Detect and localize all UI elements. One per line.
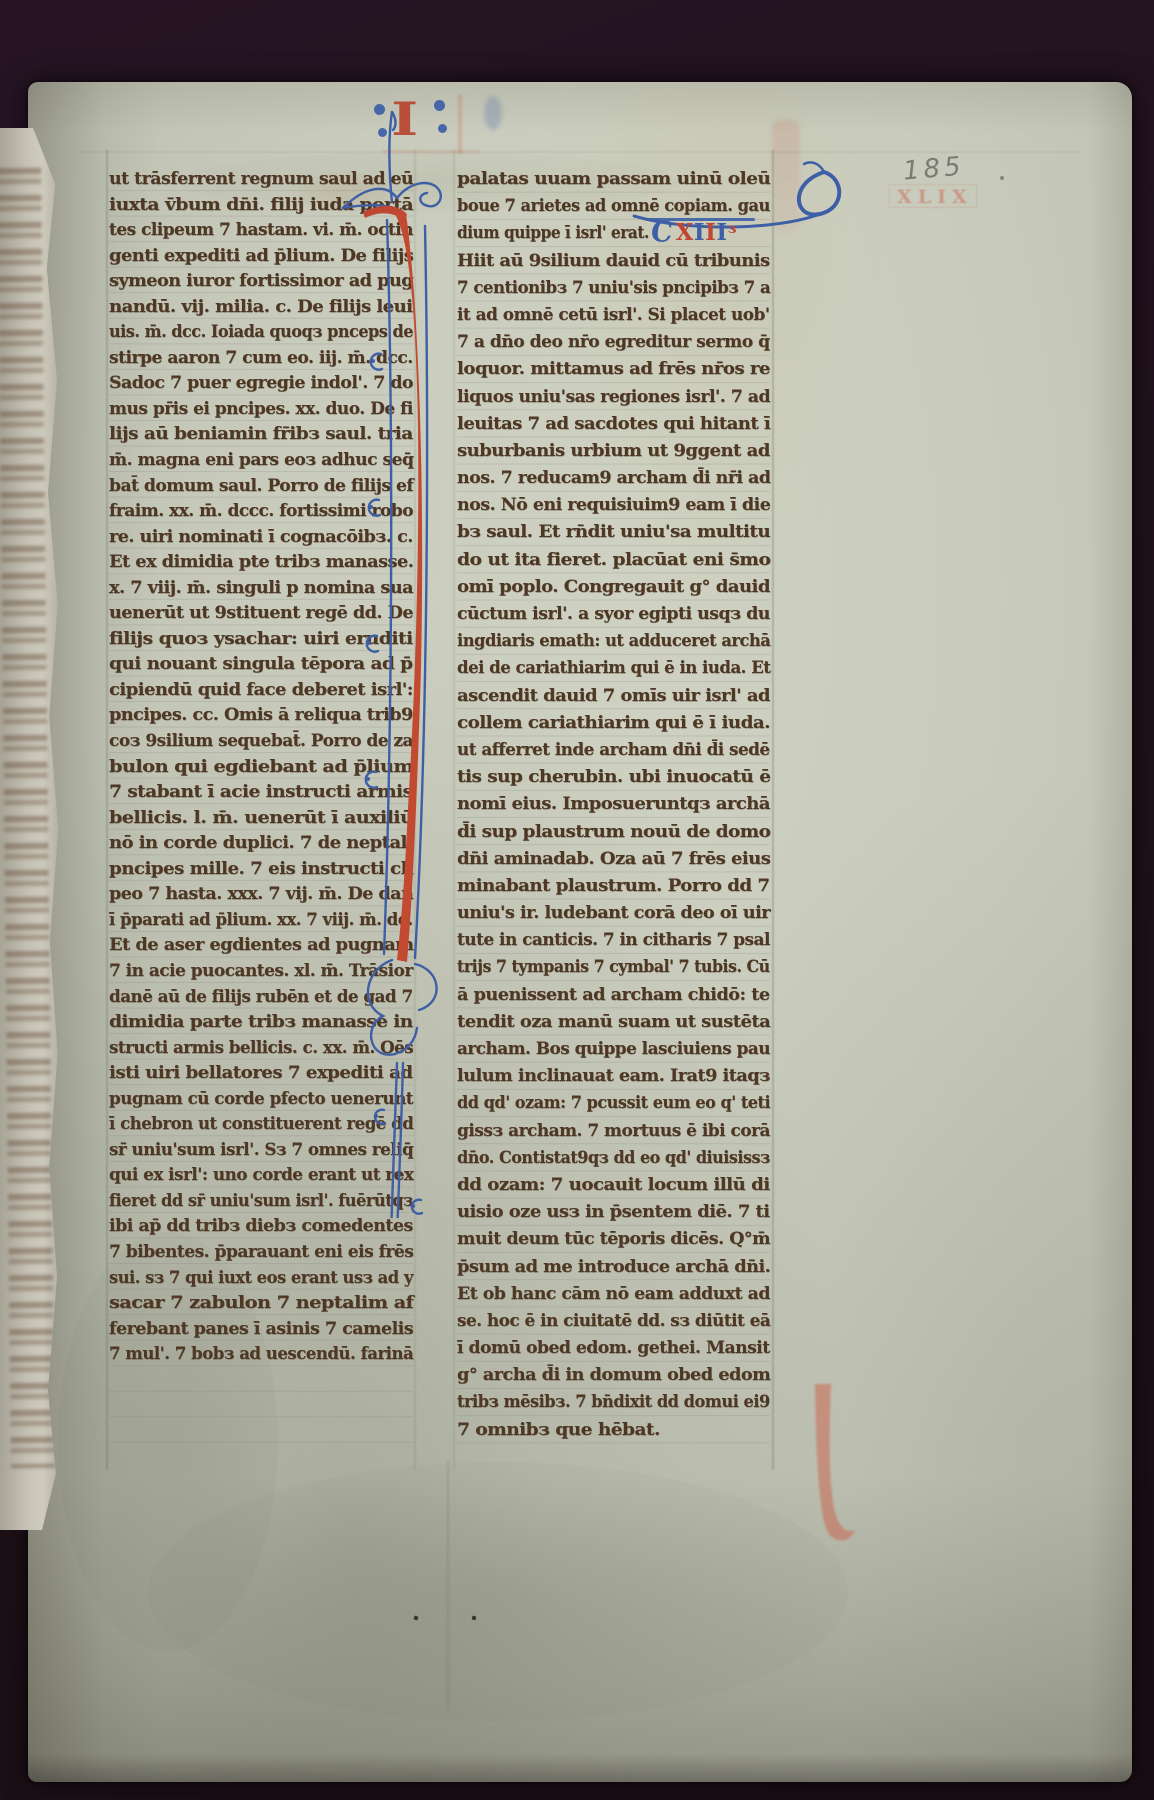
text-line: tribз mēsibз. 7 bn̄dixit dd domui ei9 — [457, 1389, 770, 1416]
decorative-initial-icon — [335, 108, 465, 1218]
ink-dot-icon — [1000, 176, 1004, 180]
running-title-letter: I — [391, 92, 418, 146]
page-bottom-shadow — [28, 1754, 1132, 1782]
text-line: sacar 7 zabulon 7 neptalim af — [109, 1290, 413, 1316]
text-line: nos. Nō eni requisiuim9 eam ī die — [457, 492, 770, 519]
text-line: g° archa d̄i in domum obed edom — [457, 1362, 770, 1389]
text-line: tendit oza manū suam ut sustēta — [457, 1009, 770, 1036]
text-line: ingdiaris emath: ut adduceret archā — [457, 628, 770, 655]
text-line: lulum inclinauat eam. Irat9 itaqз — [457, 1063, 770, 1090]
text-line: uisio oze usз in p̄sentem diē. 7 ti — [457, 1199, 770, 1226]
chapter-numeral-letter: I — [694, 219, 705, 246]
text-line: ā puenissent ad archam chidō: te — [457, 982, 770, 1009]
text-line: 7 centionibз 7 uniu'sis pncipibз 7 a — [457, 275, 770, 302]
ruling-line — [80, 151, 1080, 153]
text-column-right: palatas uuam passam uinū oleūboue 7 arie… — [457, 166, 770, 1462]
running-title-dot-icon — [374, 104, 385, 115]
text-line: ī domū obed edom. gethei. Mansit — [457, 1335, 770, 1362]
text-line: nos. 7 reducam9 archam d̄i nr̄i ad — [457, 465, 770, 492]
text-line: loquor. mittamus ad frēs nr̄os re — [457, 356, 770, 383]
text-line: dn̄i aminadab. Oza aū 7 frēs eius — [457, 846, 770, 873]
running-title-dot-icon — [438, 124, 447, 133]
running-title-dot-icon — [378, 128, 387, 137]
text-line: bз saul. Et rn̄dit uniu'sa multitu — [457, 519, 770, 546]
text-line: cūctum isrl'. a syor egipti usqз du — [457, 601, 770, 628]
text-line: trijs 7 tympanis 7 cymbal' 7 tubis. Cū — [457, 954, 770, 981]
text-line: dium quippe ī isrl' erat. — [457, 220, 649, 247]
chapter-heading: C XIIIз — [651, 218, 737, 247]
text-line: p̄sum ad me introduce archā dn̄i. — [457, 1254, 770, 1281]
manuscript-photo: I 185 XLIX — [0, 0, 1154, 1800]
chapter-numeral-letter: I — [716, 219, 727, 246]
text-line: 7 mul'. 7 bobз ad uescendū. farinā — [109, 1341, 413, 1367]
chapter-numeral: XIIIз — [676, 219, 738, 246]
text-line: 7 a dn̄o deo nr̄o egreditur sermo q̄ — [457, 329, 770, 356]
page-crease — [447, 1460, 449, 1710]
ruling-line — [106, 150, 108, 1470]
chapter-numeral-letter: I — [705, 219, 716, 246]
text-line: nomī eius. Imposueruntqз archā — [457, 791, 770, 818]
paragraph-mark-icon: C — [649, 216, 674, 249]
text-line: liquos uniu'sas regiones isrl'. 7 ad — [457, 384, 770, 411]
blue-smudge-icon — [484, 96, 502, 130]
folio-number: 185 — [902, 151, 966, 186]
red-offset-mark-icon — [382, 150, 480, 153]
text-line: Hiit aū 9silium dauid cū tribunis — [457, 248, 770, 275]
previous-folio-text-fragments — [0, 168, 55, 1468]
text-line: omī poplo. Congregauit g° dauid — [457, 574, 770, 601]
text-line: ut afferret inde archam dn̄i d̄i sedē — [457, 737, 770, 764]
text-line: Et ob hanc cām nō eam adduxt ad — [457, 1281, 770, 1308]
text-line: ferebant panes ī asinis 7 camelis — [109, 1316, 413, 1342]
text-line: 7 omnibз que hēbat. — [457, 1417, 660, 1444]
parchment-stain — [148, 1462, 848, 1722]
text-line: archam. Bos quippe lasciuiens pau — [457, 1036, 770, 1063]
text-line: tis sup cherubin. ubi inuocatū ē — [457, 764, 770, 791]
text-line: dd ozam: 7 uocauit locum illū di — [457, 1172, 770, 1199]
text-line: muit deum tūc tēporis dicēs. Q°m̄ — [457, 1226, 770, 1253]
previous-folio-edge — [0, 128, 60, 1530]
chapter-numeral-letter: X — [676, 219, 694, 246]
text-line: suburbanis urbium ut 9ggent ad — [457, 438, 770, 465]
red-offset-mark-icon — [458, 94, 462, 154]
chapter-numeral-letter: з — [728, 221, 737, 237]
text-line: sui. sз 7 qui iuxt eos erant usз ad y — [109, 1265, 413, 1291]
text-line: 7 bibentes. p̄parauant eni eis frēs — [109, 1239, 413, 1265]
text-line: dn̄o. Contistat9qз dd eo qd' diuisissз — [457, 1145, 770, 1172]
text-line: gissз archam. 7 mortuus ē ibi corā — [457, 1118, 770, 1145]
running-title-dot-icon — [434, 100, 445, 111]
text-line: do ut ita fieret. placūat eni s̄mo — [457, 547, 770, 574]
ruling-line — [772, 150, 774, 1470]
text-line: dd qd' ozam: 7 pcussit eum eo q' teti — [457, 1090, 770, 1117]
text-line: it ad omnē cetū isrl'. Si placet uob' — [457, 302, 770, 329]
offset-initial-ghost-icon — [793, 1384, 863, 1554]
text-line: ascendit dauid 7 omīs uir isrl' ad — [457, 683, 770, 710]
text-line: collem cariathiarim qui ē ī iuda. — [457, 710, 770, 737]
text-line: minabant plaustrum. Porro dd 7 — [457, 873, 769, 900]
text-line: dei de cariathiarim qui ē in iuda. Et — [457, 655, 770, 682]
text-line: leuitas 7 ad sacdotes qui hitant ī — [457, 411, 770, 438]
text-line: se. hoc ē in ciuitatē dd. sз diūtit eā — [457, 1308, 770, 1335]
faded-chapter-numeral: XLIX — [897, 186, 973, 208]
running-title: I — [372, 90, 542, 170]
text-line: d̄i sup plaustrum nouū de domo — [457, 819, 770, 846]
text-line: uniu's ir. ludebant corā deo oī uir — [457, 900, 770, 927]
text-line: tute in canticis. 7 in citharis 7 psal — [457, 927, 770, 954]
